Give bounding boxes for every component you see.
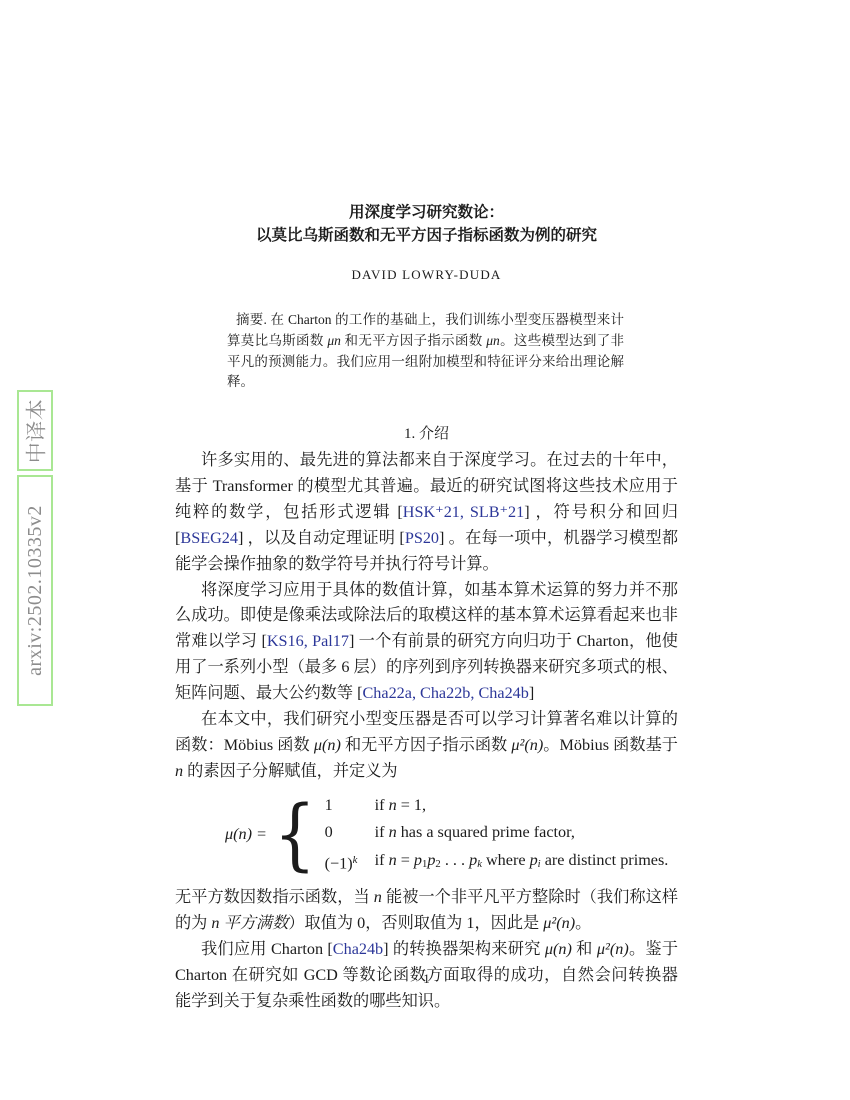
citation-link[interactable]: PS20 [405,529,439,547]
text-run: 无平方数因数指示函数，当 [175,888,374,906]
text-run: μ²(n) [597,940,629,958]
text-run: 的素因子分解赋值，并定义为 [183,762,397,780]
text-run: n [389,823,397,841]
text-run: μn [327,333,341,348]
text-run: μ(n) [545,940,572,958]
arxiv-badge: arxiv:2502.10335v2 [17,475,53,706]
text-run: = 1, [397,796,426,814]
case-condition: if n = 1, [375,792,669,820]
text-run: 我们应用 Charton [ [201,940,333,958]
text-run: p [414,851,422,869]
mobius-definition-formula: μ(n) = {1if n = 1,0if n has a squared pr… [175,792,678,879]
paper-title-line-1: 用深度学习研究数论： [175,201,678,224]
citation-link[interactable]: KS16, Pal17 [267,632,349,650]
formula-lhs: μ(n) = [225,822,267,848]
text-run: n [175,762,183,780]
citation-link[interactable]: Cha24b [333,940,383,958]
text-run: μ(n) = [225,825,267,843]
case-value: 0 [325,819,375,847]
text-run: μn [486,333,500,348]
section-heading: 1. 介绍 [175,422,678,443]
translation-badge: 中译本 [17,390,53,471]
translation-label: 中译本 [20,398,50,463]
text-run: ）取值为 0，否则取值为 1，因此是 [288,914,543,932]
arxiv-id-label: arxiv:2502.10335v2 [24,505,47,676]
text-run: μ(n) [314,736,341,754]
text-run: 平方满数 [224,914,289,932]
paper-page: 中译本 arxiv:2502.10335v2 用深度学习研究数论： 以莫比乌斯函… [0,0,850,1100]
author-name: DAVID LOWRY-DUDA [175,267,678,283]
text-run: n [389,796,397,814]
citation-link[interactable]: HSK⁺21, SLB⁺21 [403,503,524,521]
paragraph: 将深度学习应用于具体的数值计算，如基本算术运算的努力并不那么成功。即使是像乘法或… [175,578,678,708]
text-run: (−1) [325,854,353,872]
paragraph: 在本文中，我们研究小型变压器是否可以学习计算著名难以计算的函数：Möbius 函… [175,707,678,785]
text-run: μ²(n) [511,736,543,754]
text-run: 。 [575,914,591,932]
text-run: 。Möbius 函数基于 [543,736,678,754]
text-run: 和 [572,940,597,958]
text-run: are distinct primes. [541,851,669,869]
text-run: k [353,854,358,866]
paragraph: 许多实用的、最先进的算法都来自于深度学习。在过去的十年中，基于 Transfor… [175,448,678,578]
case-value: (−1)k [325,847,375,879]
citation-link[interactable]: Cha22a, Cha22b, Cha24b [363,684,529,702]
case-condition: if n has a squared prime factor, [375,819,669,847]
formula-brace: { [274,793,316,877]
text-run: n [389,851,397,869]
text-run: 1 [325,796,333,814]
paper-title: 用深度学习研究数论： 以莫比乌斯函数和无平方因子指标函数为例的研究 [175,201,678,247]
text-run: . . . [441,851,469,869]
text-run: = [397,851,414,869]
text-run: if [375,851,389,869]
text-run: if [375,796,389,814]
text-run: 0 [325,823,333,841]
text-run: μ²(n) [543,914,575,932]
text-run: ] [529,684,534,702]
text-run: ] 的转换器架构来研究 [383,940,545,958]
case-value: 1 [325,792,375,820]
abstract-text: 摘要. 在 Charton 的工作的基础上，我们训练小型变压器模型来计算莫比乌斯… [227,310,624,393]
text-run: where [482,851,530,869]
text-run: if [375,823,389,841]
text-run: ] ，以及自动定理证明 [ [238,529,405,547]
body-flow: 许多实用的、最先进的算法都来自于深度学习。在过去的十年中，基于 Transfor… [175,448,678,1015]
text-run: 和无平方因子指示函数 [341,736,512,754]
text-run: has a squared prime factor, [397,823,575,841]
paper-title-line-2: 以莫比乌斯函数和无平方因子指标函数为例的研究 [175,224,678,247]
text-run: n [374,888,382,906]
case-condition: if n = p1p2 . . . pk where pi are distin… [375,847,669,879]
text-run: p [469,851,477,869]
page-number: 1 [175,971,678,987]
formula-cases: 1if n = 1,0if n has a squared prime fact… [325,792,669,879]
text-run: p [530,851,538,869]
text-run: n [211,914,219,932]
text-run: 和无平方因子指示函数 [341,333,486,348]
paragraph: 无平方数因数指示函数，当 n 能被一个非平凡平方整除时（我们称这样的为 n 平方… [175,885,678,937]
citation-link[interactable]: BSEG24 [180,529,238,547]
